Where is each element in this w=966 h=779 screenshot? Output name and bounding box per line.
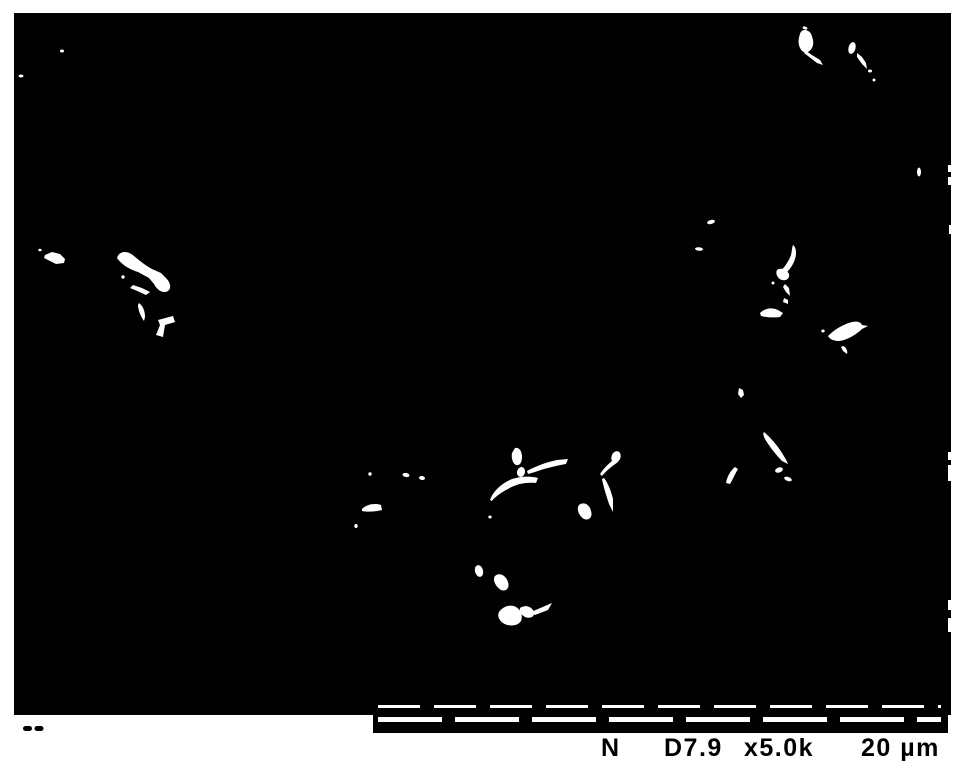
status-detector-label: N [601, 736, 621, 761]
status-scale-label: 20 µm [861, 736, 940, 761]
figure-page: N D7.9 x5.0k 20 µm [0, 0, 966, 779]
status-bar-text: N D7.9 x5.0k 20 µm [0, 0, 966, 779]
status-working-distance-label: D7.9 [664, 736, 723, 761]
status-magnification-label: x5.0k [744, 736, 814, 761]
